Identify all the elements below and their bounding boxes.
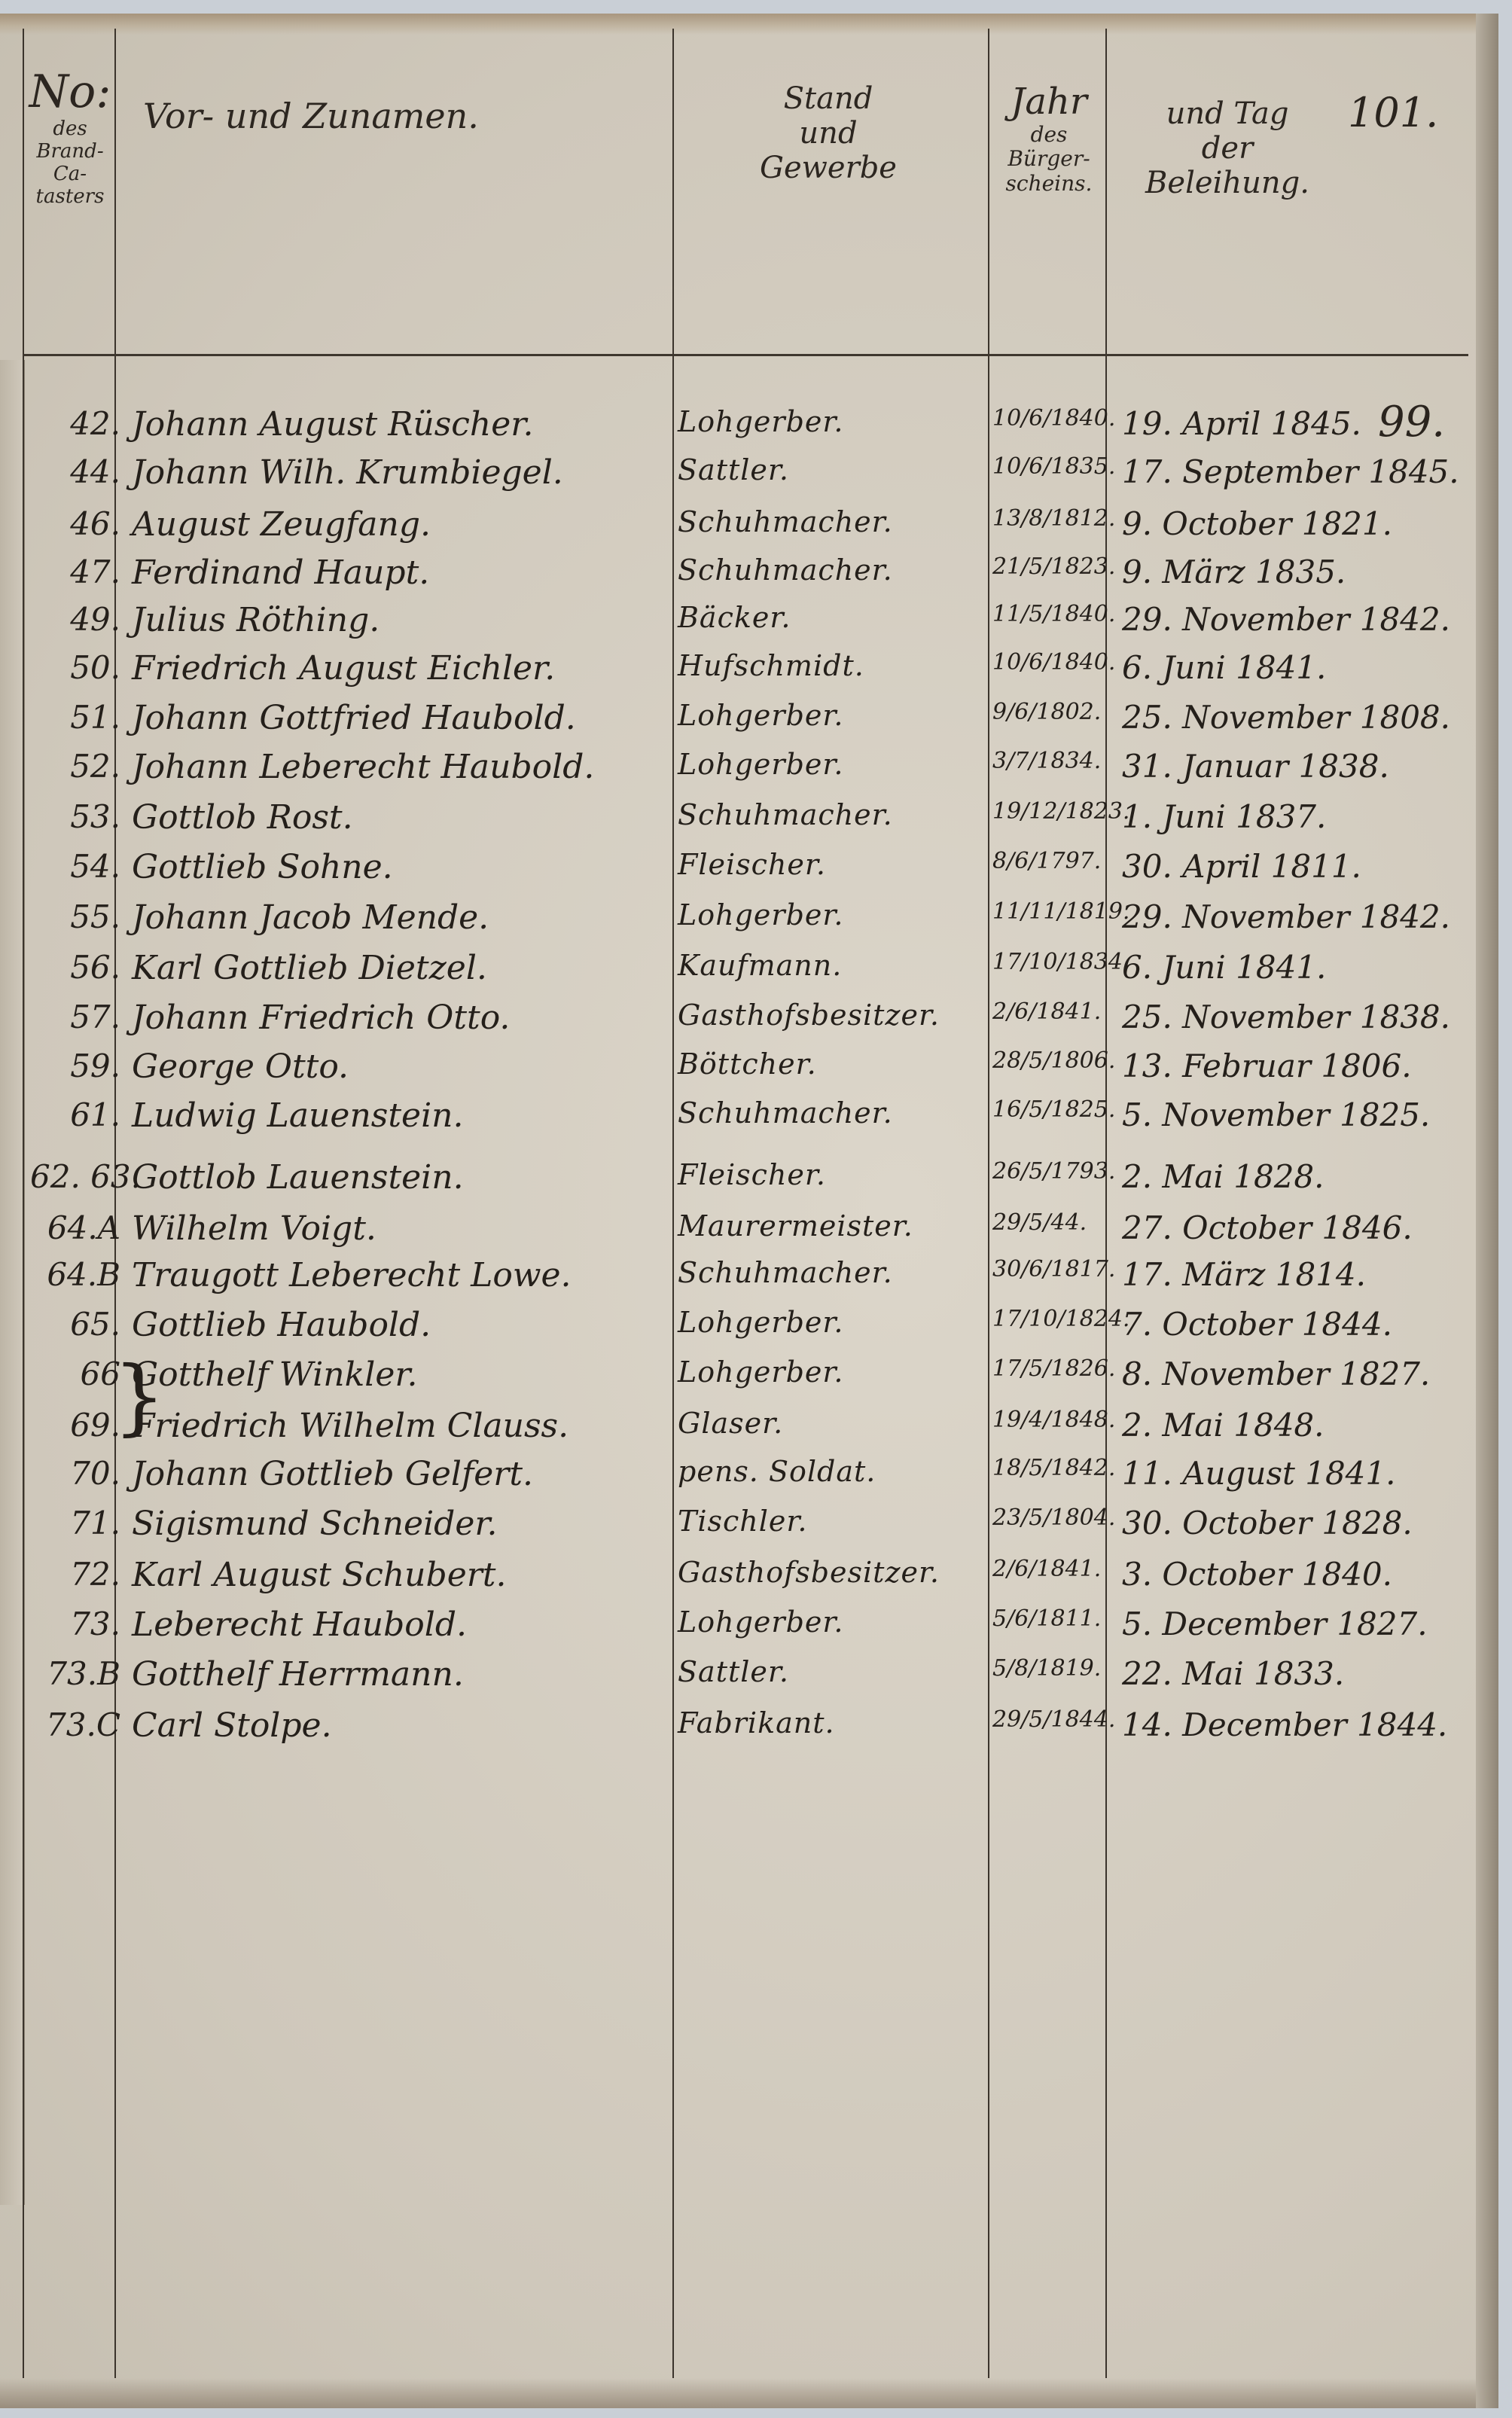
entry-name: Friedrich August Eichler. bbox=[132, 649, 555, 688]
entry-number: 62. 63. bbox=[30, 1158, 120, 1195]
entry-certificate-date: 19/12/1823. bbox=[992, 798, 1129, 825]
entry-occupation: Sattler. bbox=[678, 1655, 789, 1688]
entry-certificate-date: 17/10/1824. bbox=[992, 1306, 1129, 1332]
entry-grant-date: 3. October 1840. bbox=[1122, 1556, 1392, 1593]
entry-number: 46. bbox=[30, 505, 120, 542]
entry-grant-date: 9. October 1821. bbox=[1122, 505, 1392, 542]
entry-certificate-date: 9/6/1802. bbox=[992, 699, 1101, 725]
entry-number: 73.C bbox=[30, 1706, 120, 1743]
table-row: 54.Gottlieb Sohne.Fleischer.8/6/1797.30.… bbox=[0, 848, 1498, 898]
entry-certificate-date: 11/11/1819. bbox=[992, 898, 1129, 925]
table-row: 61.Ludwig Lauenstein.Schuhmacher.16/5/18… bbox=[0, 1096, 1498, 1146]
entry-certificate-date: 21/5/1823. bbox=[992, 553, 1115, 580]
entry-name: Johann Leberecht Haubold. bbox=[132, 748, 594, 786]
torn-top-edge bbox=[0, 14, 1498, 35]
entry-grant-date: 17. September 1845. bbox=[1122, 453, 1459, 490]
table-row: 50.Friedrich August Eichler.Hufschmidt.1… bbox=[0, 649, 1498, 699]
entry-occupation: Hufschmidt. bbox=[678, 649, 864, 682]
entry-name: Ludwig Lauenstein. bbox=[132, 1096, 463, 1135]
entry-name: Johann Jacob Mende. bbox=[132, 898, 489, 937]
table-row: 49.Julius Röthing.Bäcker.11/5/1840.29. N… bbox=[0, 601, 1498, 651]
entry-name: Gotthelf Winkler. bbox=[132, 1355, 418, 1394]
entry-occupation: Gasthofsbesitzer. bbox=[678, 1556, 940, 1589]
table-row: 62. 63.Gottlob Lauenstein.Fleischer.26/5… bbox=[0, 1158, 1498, 1208]
entry-occupation: Kaufmann. bbox=[678, 949, 842, 982]
header-grant-date: und Tag der Beleihung. bbox=[1114, 96, 1340, 200]
table-row: 42.Johann August Rüscher.Lohgerber.10/6/… bbox=[0, 405, 1498, 455]
entry-certificate-date: 10/6/1840. bbox=[992, 649, 1115, 675]
table-row: 70.Johann Gottlieb Gelfert.pens. Soldat.… bbox=[0, 1455, 1498, 1505]
entry-certificate-date: 8/6/1797. bbox=[992, 848, 1101, 874]
entry-occupation: Lohgerber. bbox=[678, 405, 843, 438]
table-row: 51.Johann Gottfried Haubold.Lohgerber.9/… bbox=[0, 699, 1498, 749]
entry-occupation: Sattler. bbox=[678, 453, 789, 486]
entry-number: 42. bbox=[30, 405, 120, 442]
entry-name: Sigismund Schneider. bbox=[132, 1505, 498, 1543]
entry-occupation: Lohgerber. bbox=[678, 898, 843, 932]
entry-certificate-date: 19/4/1848. bbox=[992, 1407, 1115, 1433]
entry-number: 56. bbox=[30, 949, 120, 986]
entry-occupation: Fabrikant. bbox=[678, 1706, 835, 1740]
entry-certificate-date: 2/6/1841. bbox=[992, 1556, 1101, 1582]
entry-grant-date: 2. Mai 1848. bbox=[1122, 1407, 1325, 1444]
entry-name: Karl Gottlieb Dietzel. bbox=[132, 949, 487, 987]
entry-grant-date: 30. April 1811. bbox=[1122, 848, 1361, 885]
entry-grant-date: 1. Juni 1837. bbox=[1122, 798, 1326, 835]
entry-name: Johann Gottfried Haubold. bbox=[132, 699, 576, 737]
entry-grant-date: 2. Mai 1828. bbox=[1122, 1158, 1325, 1195]
entry-grant-date: 25. November 1838. bbox=[1122, 999, 1450, 1035]
entry-grant-date: 6. Juni 1841. bbox=[1122, 949, 1326, 986]
entry-number: 47. bbox=[30, 553, 120, 590]
entry-name: Leberecht Haubold. bbox=[132, 1605, 467, 1644]
table-row: 73.BGotthelf Herrmann.Sattler.5/8/1819.2… bbox=[0, 1655, 1498, 1705]
register-page: No: des Brand- Ca- tasters Vor- und Zuna… bbox=[0, 14, 1498, 2408]
entry-grant-date: 29. November 1842. bbox=[1122, 601, 1450, 638]
table-row: 73.CCarl Stolpe.Fabrikant.29/5/1844.14. … bbox=[0, 1706, 1498, 1756]
entry-grant-date: 13. Februar 1806. bbox=[1122, 1047, 1412, 1084]
entry-number: 51. bbox=[30, 699, 120, 736]
entry-occupation: Lohgerber. bbox=[678, 748, 843, 781]
entry-occupation: Lohgerber. bbox=[678, 1605, 843, 1639]
entry-certificate-date: 29/5/44. bbox=[992, 1209, 1087, 1236]
entry-name: Friedrich Wilhelm Clauss. bbox=[132, 1407, 569, 1445]
entry-grant-date: 14. December 1844. bbox=[1122, 1706, 1447, 1743]
entry-grant-date: 5. December 1827. bbox=[1122, 1605, 1428, 1642]
entry-occupation: Lohgerber. bbox=[678, 1355, 843, 1389]
entry-name: Johann Gottlieb Gelfert. bbox=[132, 1455, 533, 1493]
entry-number: 54. bbox=[30, 848, 120, 885]
entry-grant-date: 8. November 1827. bbox=[1122, 1355, 1430, 1392]
entry-name: Gottlob Rost. bbox=[132, 798, 353, 837]
entry-occupation: Schuhmacher. bbox=[678, 1096, 893, 1130]
entry-name: Gotthelf Herrmann. bbox=[132, 1655, 464, 1694]
table-row: 72.Karl August Schubert.Gasthofsbesitzer… bbox=[0, 1556, 1498, 1605]
entry-number: 61. bbox=[30, 1096, 120, 1133]
entry-name: August Zeugfang. bbox=[132, 505, 431, 544]
entry-grant-date: 22. Mai 1833. bbox=[1122, 1655, 1344, 1692]
entry-number: 70. bbox=[30, 1455, 120, 1492]
entry-occupation: Bäcker. bbox=[678, 601, 791, 634]
table-row: 71.Sigismund Schneider.Tischler.23/5/180… bbox=[0, 1505, 1498, 1554]
entry-number: 73. bbox=[30, 1605, 120, 1642]
entry-occupation: Fleischer. bbox=[678, 1158, 826, 1191]
entry-grant-date: 25. November 1808. bbox=[1122, 699, 1450, 736]
entry-number: 52. bbox=[30, 748, 120, 785]
entry-number: 66 bbox=[30, 1355, 120, 1392]
entry-grant-date: 19. April 1845. bbox=[1122, 405, 1361, 442]
entry-certificate-date: 13/8/1812. bbox=[992, 505, 1115, 532]
entry-name: Julius Röthing. bbox=[132, 601, 380, 639]
table-row: 47.Ferdinand Haupt.Schuhmacher.21/5/1823… bbox=[0, 553, 1498, 603]
entry-number: 64.A bbox=[30, 1209, 120, 1246]
entry-number: 53. bbox=[30, 798, 120, 835]
header-rule bbox=[23, 354, 1468, 356]
table-row: 69.Friedrich Wilhelm Clauss.Glaser.19/4/… bbox=[0, 1407, 1498, 1456]
header-number: No: des Brand- Ca- tasters bbox=[29, 66, 111, 209]
entry-occupation: Schuhmacher. bbox=[678, 505, 893, 538]
table-row: 73.Leberecht Haubold.Lohgerber.5/6/1811.… bbox=[0, 1605, 1498, 1655]
entry-grant-date: 11. August 1841. bbox=[1122, 1455, 1395, 1492]
table-row: 64.AWilhelm Voigt.Maurermeister.29/5/44.… bbox=[0, 1209, 1498, 1259]
entry-number: 57. bbox=[30, 999, 120, 1035]
entry-certificate-date: 17/5/1826. bbox=[992, 1355, 1115, 1382]
entry-name: Traugott Leberecht Lowe. bbox=[132, 1256, 572, 1294]
entry-occupation: Tischler. bbox=[678, 1505, 807, 1538]
entry-name: Wilhelm Voigt. bbox=[132, 1209, 376, 1248]
bottom-edge bbox=[0, 2378, 1498, 2408]
entry-grant-date: 29. November 1842. bbox=[1122, 898, 1450, 935]
entry-grant-date: 27. October 1846. bbox=[1122, 1209, 1413, 1246]
entry-certificate-date: 3/7/1834. bbox=[992, 748, 1101, 774]
entry-name: Johann Wilh. Krumbiegel. bbox=[132, 453, 563, 492]
entry-grant-date: 5. November 1825. bbox=[1122, 1096, 1430, 1133]
table-row: 44.Johann Wilh. Krumbiegel.Sattler.10/6/… bbox=[0, 453, 1498, 503]
entry-certificate-date: 10/6/1840. bbox=[992, 405, 1115, 431]
entry-grant-date: 9. März 1835. bbox=[1122, 553, 1346, 590]
entry-occupation: Fleischer. bbox=[678, 848, 826, 881]
entry-certificate-date: 16/5/1825. bbox=[992, 1096, 1115, 1123]
entry-certificate-date: 29/5/1844. bbox=[992, 1706, 1115, 1733]
entry-occupation: Schuhmacher. bbox=[678, 1256, 893, 1289]
table-row: 55.Johann Jacob Mende.Lohgerber.11/11/18… bbox=[0, 898, 1498, 948]
entry-name: George Otto. bbox=[132, 1047, 349, 1086]
table-row: 59.George Otto.Böttcher.28/5/1806.13. Fe… bbox=[0, 1047, 1498, 1097]
entry-number: 64.B bbox=[30, 1256, 120, 1293]
entry-number: 65. bbox=[30, 1306, 120, 1343]
entry-occupation: Maurermeister. bbox=[678, 1209, 913, 1243]
entry-occupation: pens. Soldat. bbox=[678, 1455, 876, 1488]
table-row: 65.Gottlieb Haubold.Lohgerber.17/10/1824… bbox=[0, 1306, 1498, 1355]
entry-name: Johann August Rüscher. bbox=[132, 405, 533, 444]
header-name: Vor- und Zunamen. bbox=[143, 96, 479, 136]
entry-name: Gottlieb Sohne. bbox=[132, 848, 393, 886]
table-row: 52.Johann Leberecht Haubold.Lohgerber.3/… bbox=[0, 748, 1498, 797]
entry-name: Gottlob Lauenstein. bbox=[132, 1158, 464, 1197]
entry-name: Gottlieb Haubold. bbox=[132, 1306, 431, 1344]
entry-grant-date: 30. October 1828. bbox=[1122, 1505, 1413, 1541]
entry-certificate-date: 23/5/1804. bbox=[992, 1505, 1115, 1531]
entry-grant-date: 6. Juni 1841. bbox=[1122, 649, 1326, 686]
page-number: 101. bbox=[1348, 89, 1438, 136]
entry-name: Johann Friedrich Otto. bbox=[132, 999, 510, 1037]
entry-number: 44. bbox=[30, 453, 120, 490]
table-row: 46.August Zeugfang.Schuhmacher.13/8/1812… bbox=[0, 505, 1498, 555]
entry-number: 50. bbox=[30, 649, 120, 686]
header-certificate-year: Jahr des Bürger- scheins. bbox=[992, 81, 1105, 196]
entry-number: 72. bbox=[30, 1556, 120, 1593]
entry-occupation: Gasthofsbesitzer. bbox=[678, 999, 940, 1032]
entry-certificate-date: 17/10/1834. bbox=[992, 949, 1129, 975]
entry-number: 73.B bbox=[30, 1655, 120, 1692]
entry-grant-date: 17. März 1814. bbox=[1122, 1256, 1366, 1293]
entry-number: 69. bbox=[30, 1407, 120, 1444]
table-row: 64.BTraugott Leberecht Lowe.Schuhmacher.… bbox=[0, 1256, 1498, 1306]
header-occupation: Stand und Gewerbe bbox=[715, 81, 941, 185]
entry-grant-date: 7. October 1844. bbox=[1122, 1306, 1392, 1343]
entry-name: Karl August Schubert. bbox=[132, 1556, 506, 1594]
entry-occupation: Schuhmacher. bbox=[678, 798, 893, 831]
entry-number: 71. bbox=[30, 1505, 120, 1541]
table-row: 53.Gottlob Rost.Schuhmacher.19/12/1823.1… bbox=[0, 798, 1498, 848]
entry-number: 49. bbox=[30, 601, 120, 638]
entry-number: 55. bbox=[30, 898, 120, 935]
entry-certificate-date: 30/6/1817. bbox=[992, 1256, 1115, 1282]
entry-name: Carl Stolpe. bbox=[132, 1706, 332, 1745]
entry-occupation: Lohgerber. bbox=[678, 1306, 843, 1339]
entry-certificate-date: 2/6/1841. bbox=[992, 999, 1101, 1025]
entry-certificate-date: 26/5/1793. bbox=[992, 1158, 1115, 1185]
table-row: 57.Johann Friedrich Otto.Gasthofsbesitze… bbox=[0, 999, 1498, 1048]
entry-name: Ferdinand Haupt. bbox=[132, 553, 429, 592]
entry-number: 59. bbox=[30, 1047, 120, 1084]
entry-occupation: Lohgerber. bbox=[678, 699, 843, 732]
entry-certificate-date: 11/5/1840. bbox=[992, 601, 1115, 627]
entry-certificate-date: 18/5/1842. bbox=[992, 1455, 1115, 1481]
entry-occupation: Schuhmacher. bbox=[678, 553, 893, 587]
entry-occupation: Böttcher. bbox=[678, 1047, 817, 1081]
entry-occupation: Glaser. bbox=[678, 1407, 783, 1440]
entry-grant-date: 31. Januar 1838. bbox=[1122, 748, 1389, 785]
entry-certificate-date: 10/6/1835. bbox=[992, 453, 1115, 480]
table-row: 56.Karl Gottlieb Dietzel.Kaufmann.17/10/… bbox=[0, 949, 1498, 999]
entry-certificate-date: 5/8/1819. bbox=[992, 1655, 1101, 1682]
entry-certificate-date: 5/6/1811. bbox=[992, 1605, 1101, 1632]
entry-certificate-date: 28/5/1806. bbox=[992, 1047, 1115, 1074]
table-row: 66Gotthelf Winkler.Lohgerber.17/5/1826.8… bbox=[0, 1355, 1498, 1405]
